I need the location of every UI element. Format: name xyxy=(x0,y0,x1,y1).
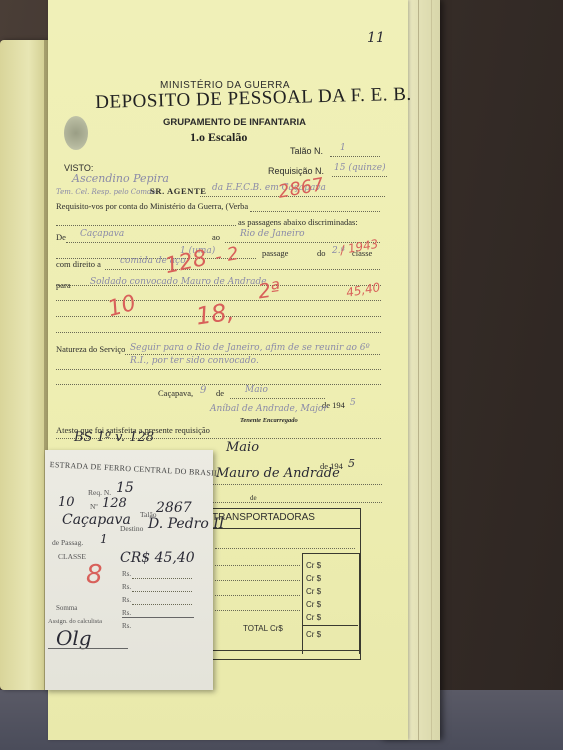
month-line xyxy=(230,398,325,399)
ticket-n-value: 128 xyxy=(102,496,127,511)
signature-line xyxy=(212,484,382,485)
em-month: Maio xyxy=(226,440,259,455)
currency-row-4: Cr $ xyxy=(306,600,321,609)
passage-label: passage xyxy=(262,248,288,258)
requisito-text: Requisito-vos por conta do Ministério da… xyxy=(56,201,248,211)
de-small: de xyxy=(250,494,257,502)
ticket-rs-3: Rs. xyxy=(122,596,131,604)
unit-heading: GRUPAMENTO DE INFANTARIA xyxy=(163,117,306,128)
red-dash: - 2 xyxy=(213,243,240,268)
requisicao-line xyxy=(332,176,387,177)
do-label: do xyxy=(317,248,326,258)
transport-line-1 xyxy=(215,548,355,549)
natureza-label: Natureza do Serviço xyxy=(56,344,125,354)
passagens-line xyxy=(56,225,236,226)
direito-line xyxy=(105,269,380,270)
transport-bottom-line xyxy=(210,650,360,651)
ticket-rs-line-1 xyxy=(132,578,192,579)
officer-signature: Aníbal de Andrade, Major xyxy=(210,404,328,414)
de-line-small xyxy=(212,502,382,503)
page-number: 11 xyxy=(367,30,385,46)
recipient-signature: Mauro de Andrade xyxy=(216,466,340,481)
total-label: TOTAL Cr$ xyxy=(243,624,283,633)
left-facing-page xyxy=(0,40,48,690)
place-label: Caçapava, xyxy=(158,388,193,398)
transport-line-3 xyxy=(215,580,300,581)
coat-of-arms-seal-icon xyxy=(64,116,88,150)
ticket-rs-4: Rs. xyxy=(122,609,131,617)
red-second: 2ª xyxy=(256,277,281,304)
agente-label: SR. AGENTE xyxy=(150,186,207,196)
natureza-value: Seguir para o Rio de Janeiro, afim de se… xyxy=(130,342,380,368)
para-label: para xyxy=(56,280,71,290)
ticket-talao-value: 2867 xyxy=(156,500,192,516)
em-year-suffix: 5 xyxy=(348,457,355,470)
year-suffix: 5 xyxy=(350,398,356,408)
ticket-rs-1: Rs. xyxy=(122,570,131,578)
ticket-n-label: Nº xyxy=(90,502,98,511)
ticket-rs-2: Rs. xyxy=(122,583,131,591)
echelon-heading: 1.o Escalão xyxy=(190,130,247,145)
currency-row-2: Cr $ xyxy=(306,574,321,583)
de-word: de xyxy=(216,388,224,398)
red-eighteen: 18, xyxy=(194,297,236,330)
officer-title: Tenente Encarregado xyxy=(240,417,298,424)
month-value: Maio xyxy=(245,385,268,395)
ticket-classe-label: CLASSE xyxy=(58,552,86,561)
talao-label: Talão N. xyxy=(290,146,323,156)
passagens-text: as passagens abaixo discriminadas: xyxy=(238,217,358,227)
ticket-signature: Olg xyxy=(56,626,92,650)
ticket-rs-line-3 xyxy=(132,604,192,605)
ticket-series-value: 10 xyxy=(58,495,75,510)
transport-line-2 xyxy=(215,565,300,566)
ticket-passag-value: 1 xyxy=(100,532,108,546)
total-divider xyxy=(302,625,358,626)
natureza-line-2 xyxy=(56,369,381,370)
ticket-passag-label: de Passag. xyxy=(52,538,83,547)
verba-line xyxy=(250,211,380,212)
ticket-somma-label: Somma xyxy=(56,604,77,612)
transport-table-title: TRANSPORTADORAS xyxy=(212,512,315,523)
ticket-amount: CR$ 45,40 xyxy=(120,550,195,566)
currency-row-1: Cr $ xyxy=(306,561,321,570)
ticket-rs-line-2 xyxy=(132,591,192,592)
natureza-line-3 xyxy=(56,384,381,385)
de-value: Caçapava xyxy=(80,229,124,239)
visto-note: Tem. Cel. Resp. pelo Comdo xyxy=(56,188,156,196)
total-currency: Cr $ xyxy=(306,630,321,639)
talao-line xyxy=(330,156,380,157)
de-line xyxy=(66,242,206,243)
ticket-req-value: 15 xyxy=(116,480,134,496)
atesto-note: BS 1º v. 128 xyxy=(74,430,154,445)
ticket-total-rule xyxy=(122,617,194,618)
talao-value: 1 xyxy=(340,143,346,153)
currency-row-3: Cr $ xyxy=(306,587,321,596)
blank-line-4 xyxy=(56,332,381,333)
currency-row-5: Cr $ xyxy=(306,613,321,622)
visto-signature: Ascendino Pepira xyxy=(72,172,169,185)
ticket-signature-line xyxy=(48,648,128,649)
day-value: 9 xyxy=(200,385,206,396)
page-stack-line xyxy=(418,0,432,740)
ao-value: Rio de Janeiro xyxy=(240,229,305,239)
ticket-destino-value: D. Pedro II xyxy=(148,516,224,532)
ticket-rs-total: Rs. xyxy=(122,622,131,630)
transport-line-5 xyxy=(215,610,300,611)
para-value: Soldado convocado Mauro de Andrade xyxy=(90,277,267,287)
ticket-red-mark: 8 xyxy=(86,560,103,590)
requisicao-value: 15 (quinze) xyxy=(334,163,386,173)
transport-line-4 xyxy=(215,595,300,596)
ticket-assinatura-label: Assign. do calculista xyxy=(48,618,102,625)
de-label: De xyxy=(56,232,66,242)
ticket-destino-label: Destino xyxy=(120,524,143,533)
ao-label: ao xyxy=(212,232,220,242)
direito-label: com direito a xyxy=(56,259,101,269)
